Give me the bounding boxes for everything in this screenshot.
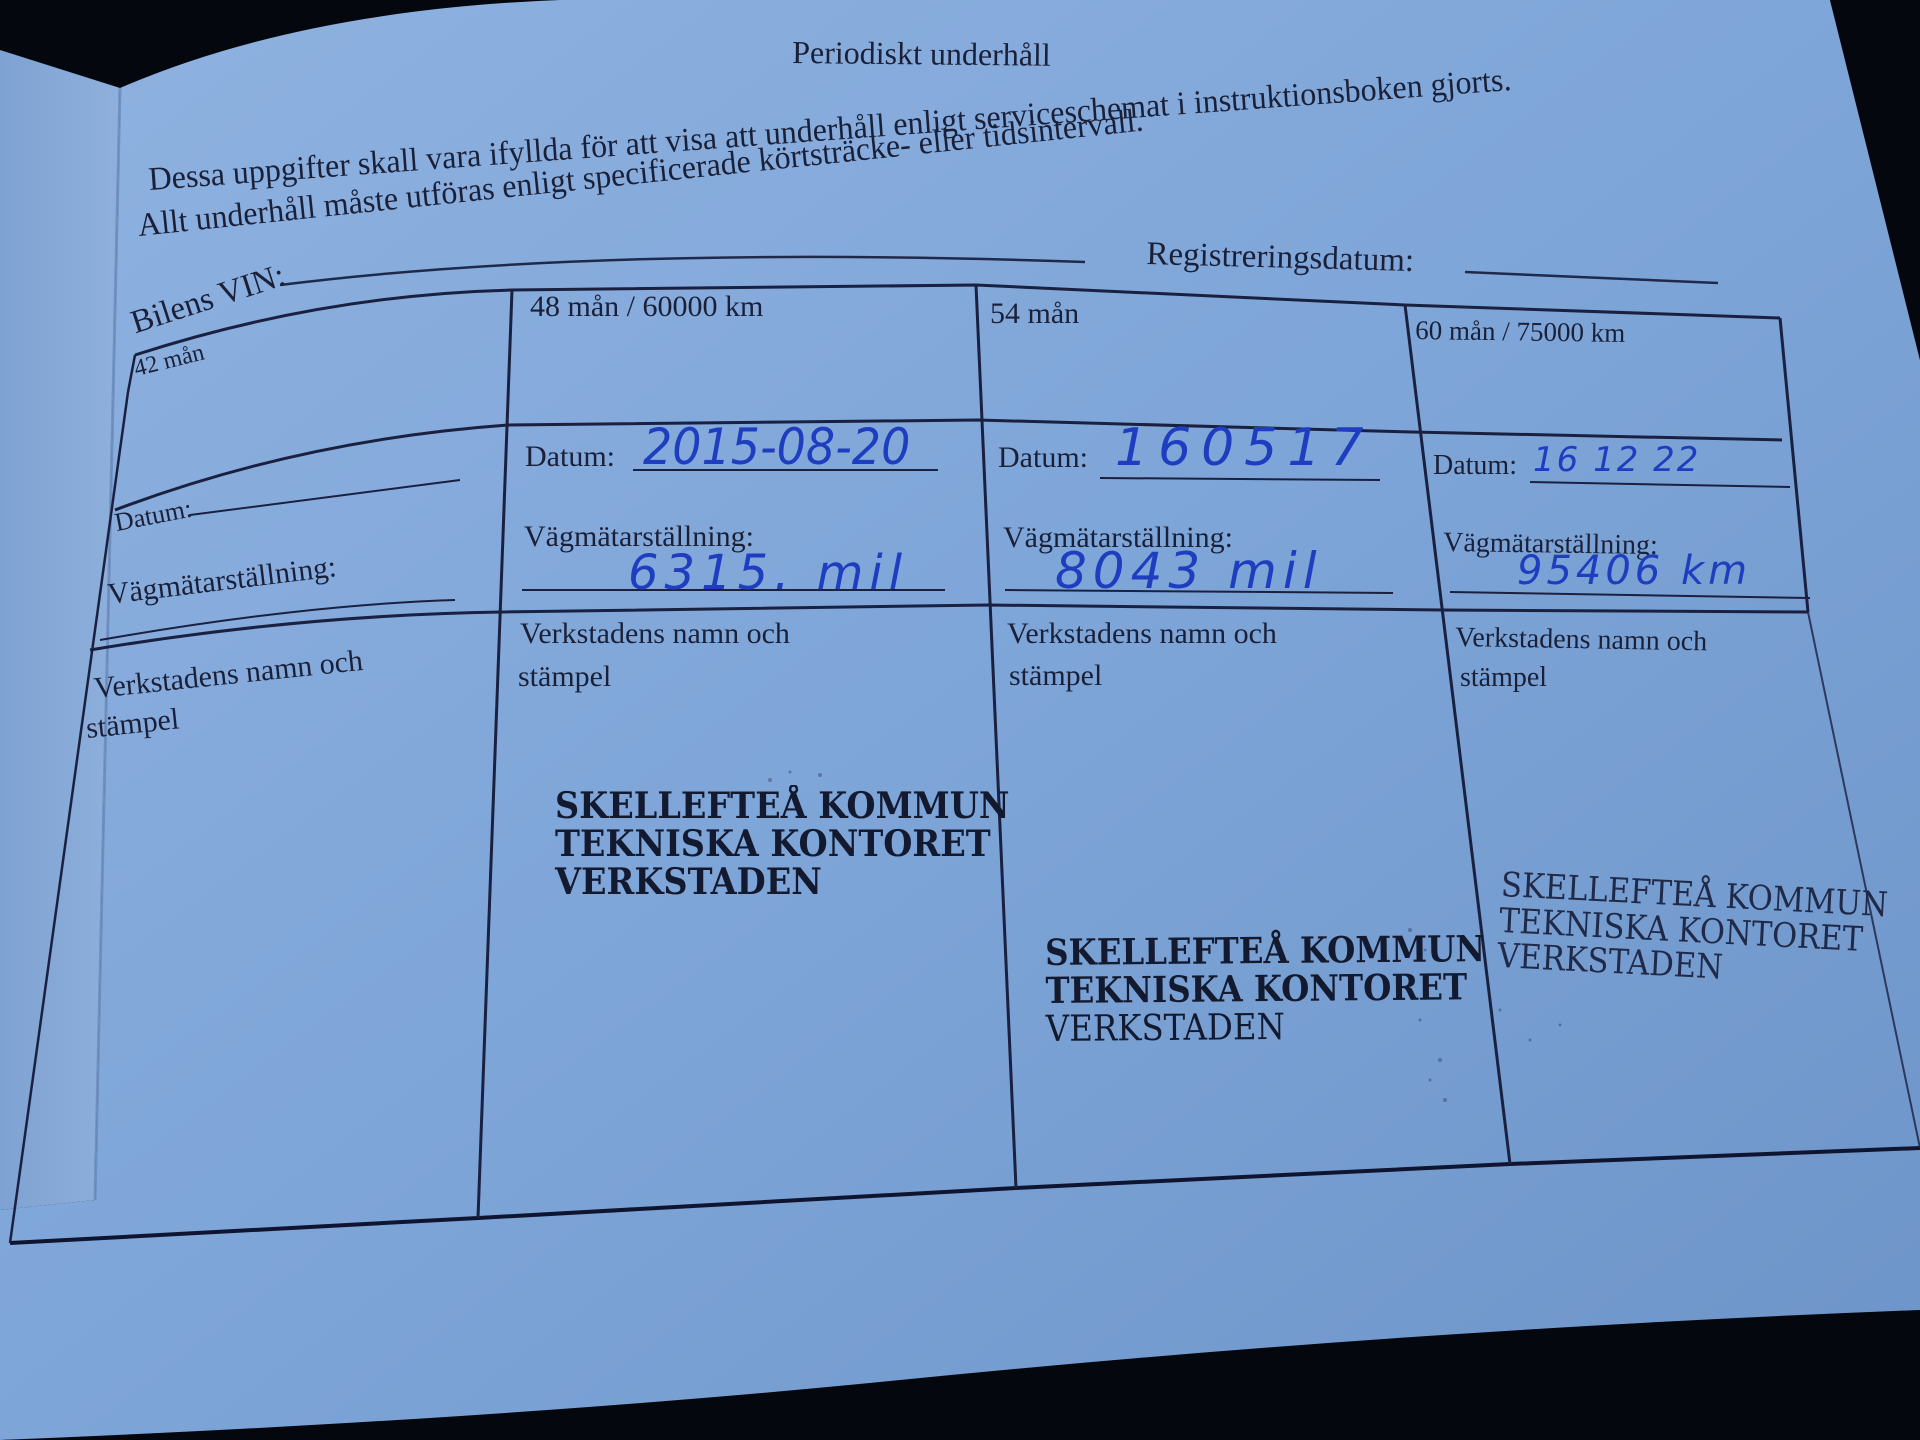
workshop-stamp: SKELLEFTEÅ KOMMUN TEKNISKA KONTORET VERK… [1496, 868, 1888, 995]
stamp-line-1: SKELLEFTEÅ KOMMUN [555, 788, 1010, 826]
stamp-line-2: TEKNISKA KONTORET [555, 826, 1010, 864]
interval-label: 48 mån / 60000 km [530, 290, 763, 324]
odometer-field[interactable]: 6315. mil [628, 545, 908, 601]
photo-scene: Periodiskt underhåll Dessa uppgifter ska… [0, 0, 1920, 1440]
stamp-line-3: VERKSTADEN [1046, 1007, 1486, 1049]
workshop-label-2: stämpel [1009, 659, 1102, 693]
vin-field[interactable] [300, 250, 1060, 280]
workshop-label: Verkstadens namn och [1455, 622, 1707, 658]
registration-date-field[interactable] [1468, 240, 1708, 270]
stamp-line-3: VERKSTADEN [555, 864, 1010, 902]
workshop-label: Verkstadens namn och [520, 617, 790, 651]
stamp-line-2: TEKNISKA KONTORET [1045, 969, 1485, 1011]
workshop-stamp: SKELLEFTEÅ KOMMUN TEKNISKA KONTORET VERK… [555, 788, 1010, 901]
interval-label: 54 mån [990, 297, 1079, 331]
workshop-label-2: stämpel [1460, 662, 1547, 694]
workshop-label-2: stämpel [518, 660, 611, 694]
workshop-label: Verkstadens namn och [1007, 617, 1277, 651]
page-title: Periodiskt underhåll [792, 34, 1051, 74]
date-field[interactable]: 160517 [1115, 418, 1374, 478]
date-field[interactable] [195, 470, 455, 500]
date-field[interactable]: 16 12 22 [1533, 440, 1700, 480]
odometer-field[interactable]: 95406 km [1517, 548, 1751, 594]
date-label: Datum: [525, 440, 615, 474]
workshop-stamp: SKELLEFTEÅ KOMMUN TEKNISKA KONTORET VERK… [1045, 931, 1486, 1048]
registration-date-label: Registreringsdatum: [1146, 236, 1415, 280]
odometer-field[interactable]: 8043 mil [1055, 542, 1323, 600]
date-field[interactable]: 2015-08-20 [643, 418, 910, 476]
date-label: Datum: [998, 441, 1088, 475]
odometer-field[interactable] [110, 600, 450, 630]
date-label: Datum: [1433, 450, 1517, 482]
interval-label: 60 mån / 75000 km [1415, 315, 1625, 349]
